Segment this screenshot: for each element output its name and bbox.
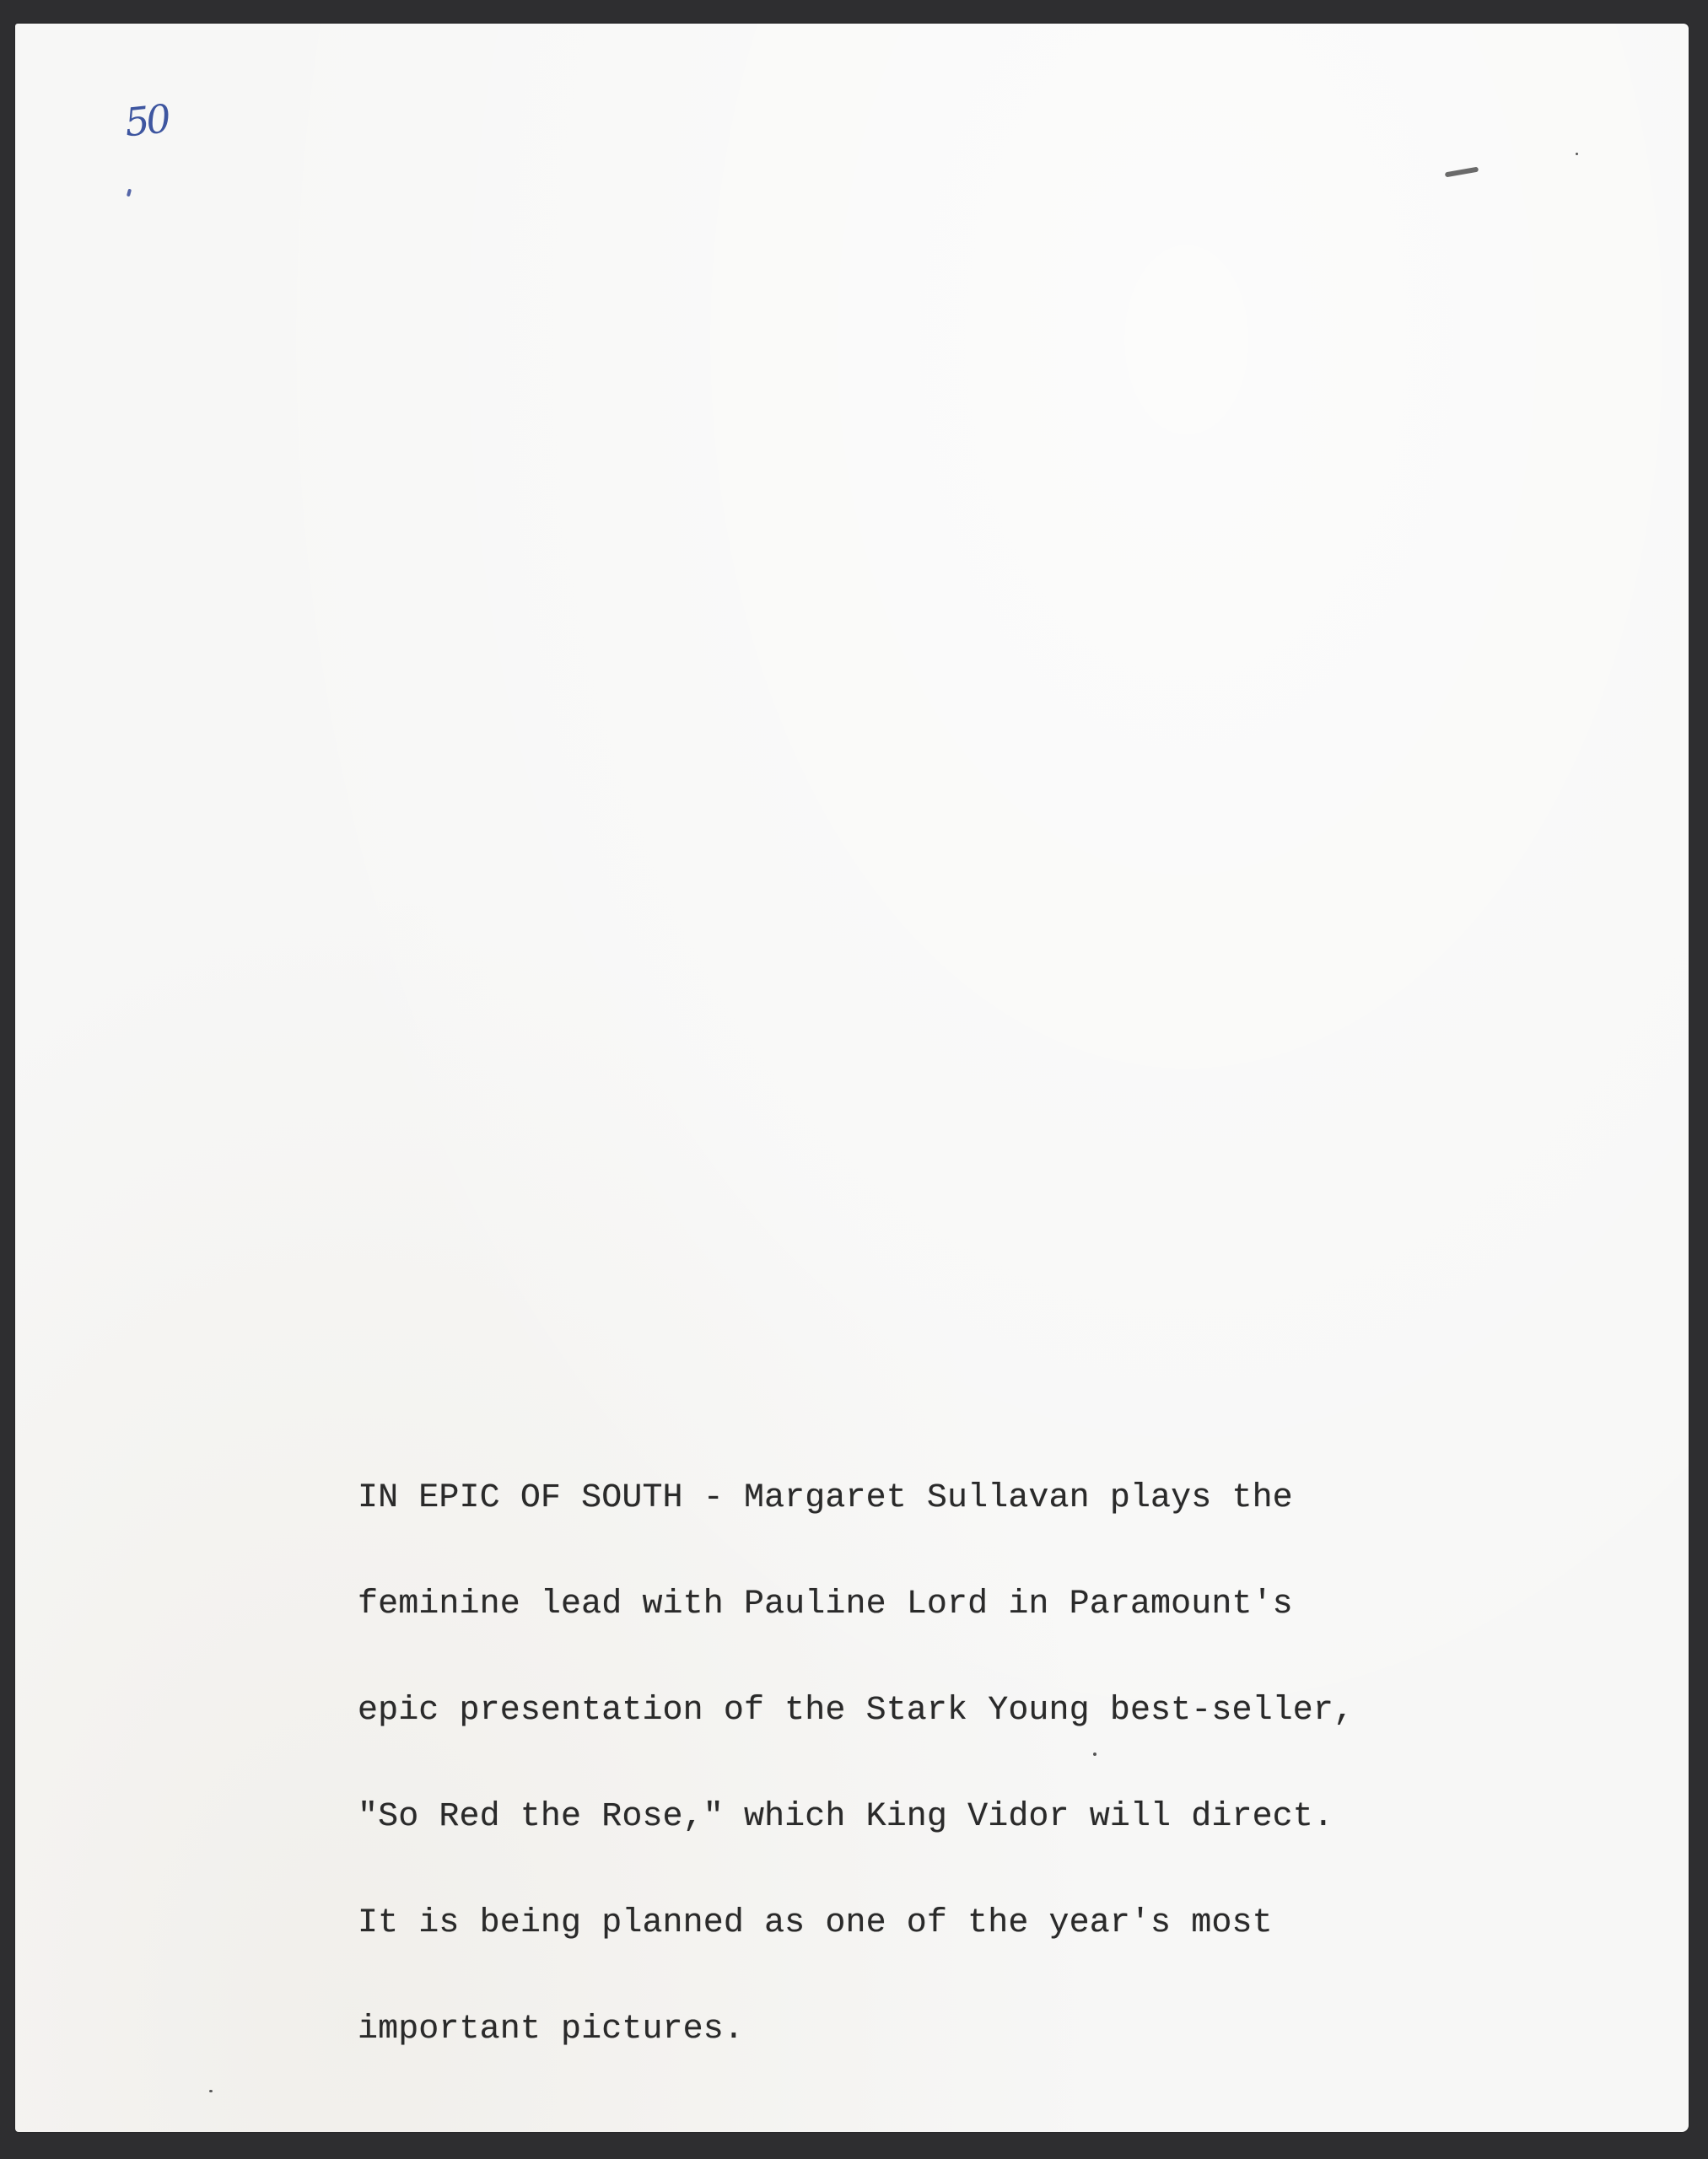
caption-line-4: "So Red the Rose," which King Vidor will… — [358, 1800, 1420, 1835]
caption-line-5: It is being planned as one of the year's… — [358, 1906, 1420, 1941]
ink-mark — [127, 189, 132, 197]
caption-line-1: IN EPIC OF SOUTH - Margaret Sullavan pla… — [358, 1481, 1420, 1516]
speck — [209, 2090, 213, 2092]
caption-line-3: epic presentation of the Stark Young bes… — [358, 1693, 1420, 1729]
caption-line-2: feminine lead with Pauline Lord in Param… — [358, 1587, 1420, 1623]
caption-line-6: important pictures. — [358, 2012, 1420, 2048]
typed-caption: IN EPIC OF SOUTH - Margaret Sullavan pla… — [358, 1410, 1420, 2083]
speck — [1576, 153, 1578, 155]
pencil-mark — [1445, 167, 1479, 178]
handwritten-annotation: 50 — [123, 99, 170, 142]
